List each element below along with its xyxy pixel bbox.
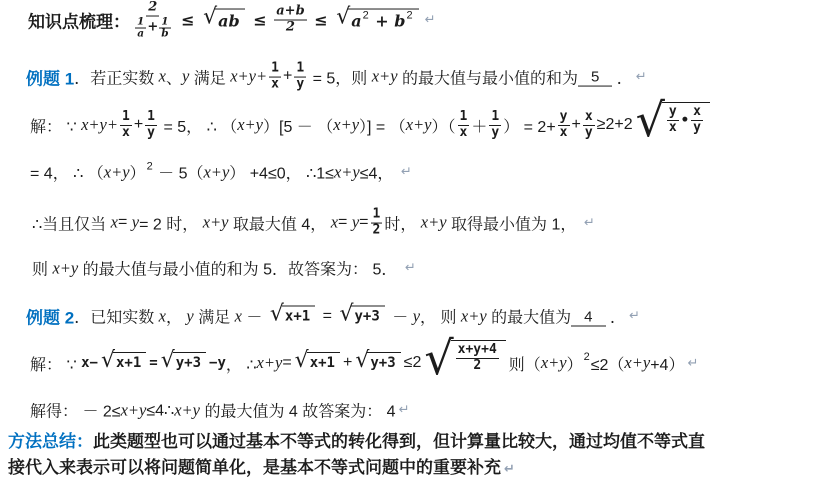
text: 时，	[384, 212, 420, 235]
text: ≤4∴	[146, 400, 174, 420]
math-variable: x+y	[333, 115, 359, 135]
math-variable: x+y	[541, 353, 567, 373]
math-bold: a	[137, 28, 144, 39]
text: ．	[612, 66, 632, 89]
math-bold: b	[161, 28, 168, 39]
text: = 2 时，	[139, 212, 203, 235]
fraction-denominator: b	[159, 28, 170, 39]
math-upright: 1	[147, 110, 155, 125]
text: ，	[166, 305, 186, 328]
radical-sign-icon: √	[339, 303, 353, 325]
math-upright: 1	[491, 110, 499, 125]
example2-problem-line: 例题 2．已知实数 x， y 满足 x － √x+1 = √y+3 － y， 则…	[26, 304, 640, 329]
radicand: yx∙xy	[662, 102, 710, 136]
fraction-denominator: x	[558, 126, 570, 141]
fraction-denominator: y	[691, 121, 703, 136]
text: 解得： － 2≤	[30, 399, 121, 422]
fraction: 1a	[135, 16, 146, 39]
math-variable: x+y	[461, 306, 487, 326]
math-variable: x+y	[237, 115, 263, 135]
fraction-denominator: y	[489, 126, 501, 141]
math-upright: y	[693, 121, 701, 136]
math-variable: x+y	[174, 400, 200, 420]
fraction-denominator: x	[458, 126, 470, 141]
text: =	[338, 214, 352, 232]
radical-sign-icon: √	[270, 303, 284, 325]
fraction: 1y	[145, 110, 157, 141]
math-upright: y+3	[176, 355, 201, 371]
answer-blank: 5	[578, 69, 612, 87]
math-bold: +	[147, 21, 158, 36]
text: －	[388, 305, 413, 328]
math-variable: y	[182, 67, 189, 87]
text: ， 则	[420, 305, 461, 328]
math-upright: 1	[271, 62, 279, 77]
text: 则（	[509, 352, 541, 375]
example2-answer-line: 解得： － 2≤x+y≤4∴x+y 的最大值为 4 故答案为： 4↵	[30, 399, 410, 422]
math-upright: x+y+4	[458, 343, 497, 358]
math-variable: x+y	[121, 400, 147, 420]
paragraph-mark-icon: ↵	[584, 216, 595, 231]
text: 满足	[194, 305, 235, 328]
math-variable: x	[331, 213, 338, 233]
text: =	[359, 214, 368, 232]
fraction: yx	[667, 105, 679, 136]
paragraph-mark-icon: ↵	[399, 403, 410, 418]
radical: √y+3	[339, 305, 384, 327]
radical: √yx∙xy	[636, 102, 710, 148]
superscript: 2	[406, 10, 412, 22]
text: +	[343, 354, 352, 372]
text: 满足	[189, 66, 230, 89]
radicand: x+1	[113, 352, 146, 371]
radical: √x+1	[270, 305, 315, 327]
math-variable: y	[413, 306, 420, 326]
math-variable: x+y+	[230, 67, 267, 87]
math-variable: x+y+	[81, 115, 118, 135]
text: ≤2	[404, 354, 422, 372]
paragraph-mark-icon: ↵	[629, 309, 640, 324]
math-upright: −y	[209, 355, 226, 371]
radical-sign-icon: √	[636, 97, 665, 143]
fraction-denominator: x	[120, 126, 132, 141]
text: ）[5 － （	[263, 114, 333, 137]
math-upright: x+1	[310, 355, 335, 371]
text: ．	[606, 305, 626, 328]
math-bold: ≤	[248, 11, 273, 30]
method-summary-paragraph: 方法总结：此类题型也可以通过基本不等式的转化得到，但计算量比较大，通过均值不等式…	[8, 429, 713, 482]
math-bold: a+b	[276, 5, 304, 20]
radicand: a2 + b2	[348, 9, 418, 31]
math-bold: 1	[137, 16, 144, 27]
math-upright: y	[296, 78, 304, 93]
math-bold: ≤	[176, 11, 201, 30]
fraction-numerator: 1	[145, 110, 157, 126]
math-bold: a	[351, 12, 361, 31]
fraction-denominator: x	[269, 78, 281, 93]
math-upright: y+3	[370, 355, 395, 371]
math-variable: x+y	[257, 353, 283, 373]
fraction-numerator: x	[583, 110, 595, 126]
text: ）	[130, 161, 146, 184]
math-bold: b	[394, 12, 405, 31]
radicand: x+1	[282, 305, 315, 324]
example1-solution-line3: ∴当且仅当 x= y= 2 时， x+y 取最大值 4， x= y=12时， x…	[32, 208, 595, 239]
radical: √ab	[203, 9, 245, 31]
superscript: 2	[147, 160, 153, 172]
fraction-denominator: y	[583, 126, 595, 141]
text: －	[242, 305, 267, 328]
math-bold: +	[370, 12, 395, 31]
text: +4）	[650, 352, 684, 375]
paragraph-mark-icon: ↵	[425, 13, 436, 28]
math-upright: x	[585, 110, 593, 125]
fraction-numerator: y	[667, 105, 679, 121]
radicand: ab	[215, 9, 245, 31]
math-upright: y	[491, 126, 499, 141]
superscript: 2	[363, 10, 369, 22]
fraction: xy	[583, 110, 595, 141]
paragraph-mark-icon: ↵	[687, 356, 698, 371]
radical: √y+3	[355, 352, 400, 374]
math-upright: y	[585, 126, 593, 141]
body-bold-text: 此类题型也可以通过基本不等式的转化得到，但计算量比较大，通过均值不等式直接代入来…	[8, 432, 705, 477]
text: =	[118, 214, 132, 232]
text: 的最大值为	[487, 305, 571, 328]
text: ＋	[471, 114, 487, 137]
radical-sign-icon: √	[203, 7, 217, 29]
radical: √y+3	[161, 352, 206, 374]
math-upright: x	[560, 126, 568, 141]
math-variable: x+y	[406, 115, 432, 135]
radical-sign-icon: √	[355, 350, 369, 372]
fraction-numerator: x+y+4	[456, 343, 499, 359]
text: 的最大值与最小值的和为	[398, 66, 578, 89]
math-upright: x+1	[116, 355, 141, 371]
fraction-numerator: 1	[458, 110, 470, 126]
text: ， ∴	[226, 352, 257, 375]
fraction-numerator: 1	[120, 110, 132, 126]
math-upright: y	[147, 126, 155, 141]
text: =	[282, 354, 291, 372]
radical-sign-icon: √	[295, 350, 309, 372]
math-variable: x+y	[203, 162, 229, 182]
text: = 5，则	[308, 66, 372, 89]
text: ≤2（	[591, 352, 625, 375]
math-upright: y	[560, 110, 568, 125]
math-upright: 1	[296, 62, 304, 77]
fraction-denominator: 1a+1b	[132, 16, 174, 39]
math-bold: 2	[286, 21, 295, 36]
fraction-numerator: 1	[294, 62, 306, 78]
fraction: 12	[371, 208, 383, 239]
radicand: x+y+42	[451, 340, 506, 374]
text: 解： ∵	[30, 114, 81, 137]
example1-answer-line: 则 x+y 的最大值与最小值的和为 5．故答案为： 5． ↵	[32, 257, 416, 280]
math-variable: x+y	[421, 213, 447, 233]
text: ）（	[432, 114, 456, 137]
radical: √x+1	[101, 352, 146, 374]
radicand: y+3	[351, 305, 384, 324]
example1-problem-line: 例题 1．若正实数 x、y 满足 x+y+1x+1y = 5，则 x+y 的最大…	[26, 62, 647, 93]
math-upright: x	[122, 126, 130, 141]
fraction-numerator: y	[558, 110, 570, 126]
math-upright: 2	[473, 359, 481, 374]
radical: √x+y+42	[424, 340, 505, 386]
text: ）	[567, 352, 583, 375]
section-label: 方法总结：	[8, 432, 93, 451]
fraction-numerator: 2	[146, 1, 159, 17]
math-variable: x+y	[334, 162, 360, 182]
paragraph-mark-icon: ↵	[504, 462, 515, 477]
math-upright: x	[693, 105, 701, 120]
text: ） = 2+	[503, 114, 555, 137]
radical-sign-icon: √	[101, 350, 115, 372]
radical-sign-icon: √	[424, 335, 453, 381]
fraction: yx	[558, 110, 570, 141]
fraction: x+y+42	[456, 343, 499, 374]
math-variable: x+y	[372, 67, 398, 87]
text: 的最大值为 4 故答案为： 4	[200, 399, 396, 422]
text: 取得最小值为 1，	[447, 212, 581, 235]
math-bold: ab	[218, 12, 240, 31]
text: ）] = （	[359, 114, 406, 137]
math-bold: 1	[161, 16, 168, 27]
radical: √a2 + b2	[336, 9, 418, 31]
section-heading: 知识点梳理：	[28, 8, 130, 33]
text: ．若正实数	[74, 66, 158, 89]
math-upright: =	[149, 355, 157, 371]
math-variable: x	[159, 67, 166, 87]
text: = 5， ∴ （	[159, 114, 237, 137]
fraction-denominator: y	[294, 78, 306, 93]
text: 解： ∵	[30, 352, 81, 375]
text: ≥2+2	[597, 116, 633, 134]
radicand: y+3	[367, 352, 400, 371]
fraction-numerator: 1	[489, 110, 501, 126]
section-label: 例题 2	[26, 304, 74, 329]
text: +	[572, 116, 581, 134]
math-upright: y+3	[354, 308, 379, 324]
math-variable: y	[186, 306, 193, 326]
text: ≤4，	[360, 161, 398, 184]
math-bold: 2	[148, 1, 157, 16]
text: ） +4≤0， ∴1≤	[229, 161, 334, 184]
math-variable: x	[159, 306, 166, 326]
radicand: x+1	[307, 352, 340, 371]
knowledge-point-line: 知识点梳理：21a+1b ≤ √ab ≤ a+b2 ≤ √a2 + b2↵	[28, 1, 436, 40]
fraction-denominator: x	[667, 121, 679, 136]
math-upright: 1	[373, 208, 381, 223]
math-upright: 2	[373, 224, 381, 239]
fraction-numerator: 1	[371, 208, 383, 224]
fraction: 21a+1b	[132, 1, 174, 40]
fraction: 1y	[294, 62, 306, 93]
text: 、	[166, 66, 182, 89]
fraction: 1x	[458, 110, 470, 141]
radical: √x+1	[295, 352, 340, 374]
paragraph-mark-icon: ↵	[636, 70, 647, 85]
math-bold: ≤	[309, 11, 334, 30]
math-variable: y	[352, 213, 359, 233]
text: 则	[32, 257, 52, 280]
fraction: xy	[691, 105, 703, 136]
fraction: 1x	[269, 62, 281, 93]
example2-solution-line1: 解： ∵ x−√x+1=√y+3−y， ∴x+y=√x+1+√y+3≤2√x+y…	[30, 340, 698, 386]
section-label: 例题 1	[26, 65, 74, 90]
math-variable: x	[235, 306, 242, 326]
math-upright: y	[669, 105, 677, 120]
example1-solution-line1: 解： ∵ x+y+1x+1y = 5， ∴ （x+y）[5 － （x+y）] =…	[30, 102, 713, 148]
math-variable: x+y	[104, 162, 130, 182]
fraction-denominator: 2	[371, 224, 383, 239]
fraction-numerator: a+b	[274, 5, 306, 21]
math-upright: x	[460, 126, 468, 141]
math-upright: 1	[460, 110, 468, 125]
paragraph-mark-icon: ↵	[405, 261, 416, 276]
text: +	[283, 68, 292, 86]
paragraph-mark-icon: ↵	[401, 165, 412, 180]
fraction-numerator: x	[691, 105, 703, 121]
math-upright: x+1	[285, 308, 310, 324]
math-variable: x+y	[52, 258, 78, 278]
superscript: 2	[584, 351, 590, 363]
math-upright: x−	[81, 355, 98, 371]
fraction-denominator: y	[145, 126, 157, 141]
fraction-denominator: 2	[471, 359, 483, 374]
fraction: 1b	[159, 16, 170, 39]
math-variable: x+y	[203, 213, 229, 233]
text: = 4， ∴ （	[30, 161, 104, 184]
fraction: a+b2	[274, 5, 306, 36]
text: ∴当且仅当	[32, 212, 111, 235]
math-upright: x	[669, 121, 677, 136]
text: +	[134, 116, 143, 134]
text: =	[318, 307, 336, 325]
fraction: 1x	[120, 110, 132, 141]
answer-blank: 4	[571, 308, 605, 326]
text: 的最大值与最小值的和为 5．故答案为： 5．	[78, 257, 402, 280]
text: － 5（	[154, 161, 204, 184]
fraction: 1y	[489, 110, 501, 141]
text: ．已知实数	[74, 305, 158, 328]
text: 取最大值 4，	[228, 212, 330, 235]
math-upright: x	[271, 78, 279, 93]
radicand: y+3	[173, 352, 206, 371]
radical-sign-icon: √	[336, 7, 350, 29]
math-variable: y	[132, 213, 139, 233]
example1-solution-line2: = 4， ∴ （x+y）2 － 5（x+y） +4≤0， ∴1≤x+y≤4， ↵	[30, 161, 412, 184]
radical-sign-icon: √	[161, 350, 175, 372]
fraction-denominator: 2	[284, 21, 297, 36]
math-upright: 1	[122, 110, 130, 125]
fraction-numerator: 1	[269, 62, 281, 78]
fraction-denominator: a	[135, 28, 146, 39]
math-variable: x	[111, 213, 118, 233]
math-variable: x+y	[624, 353, 650, 373]
math-upright: ∙	[681, 112, 689, 128]
